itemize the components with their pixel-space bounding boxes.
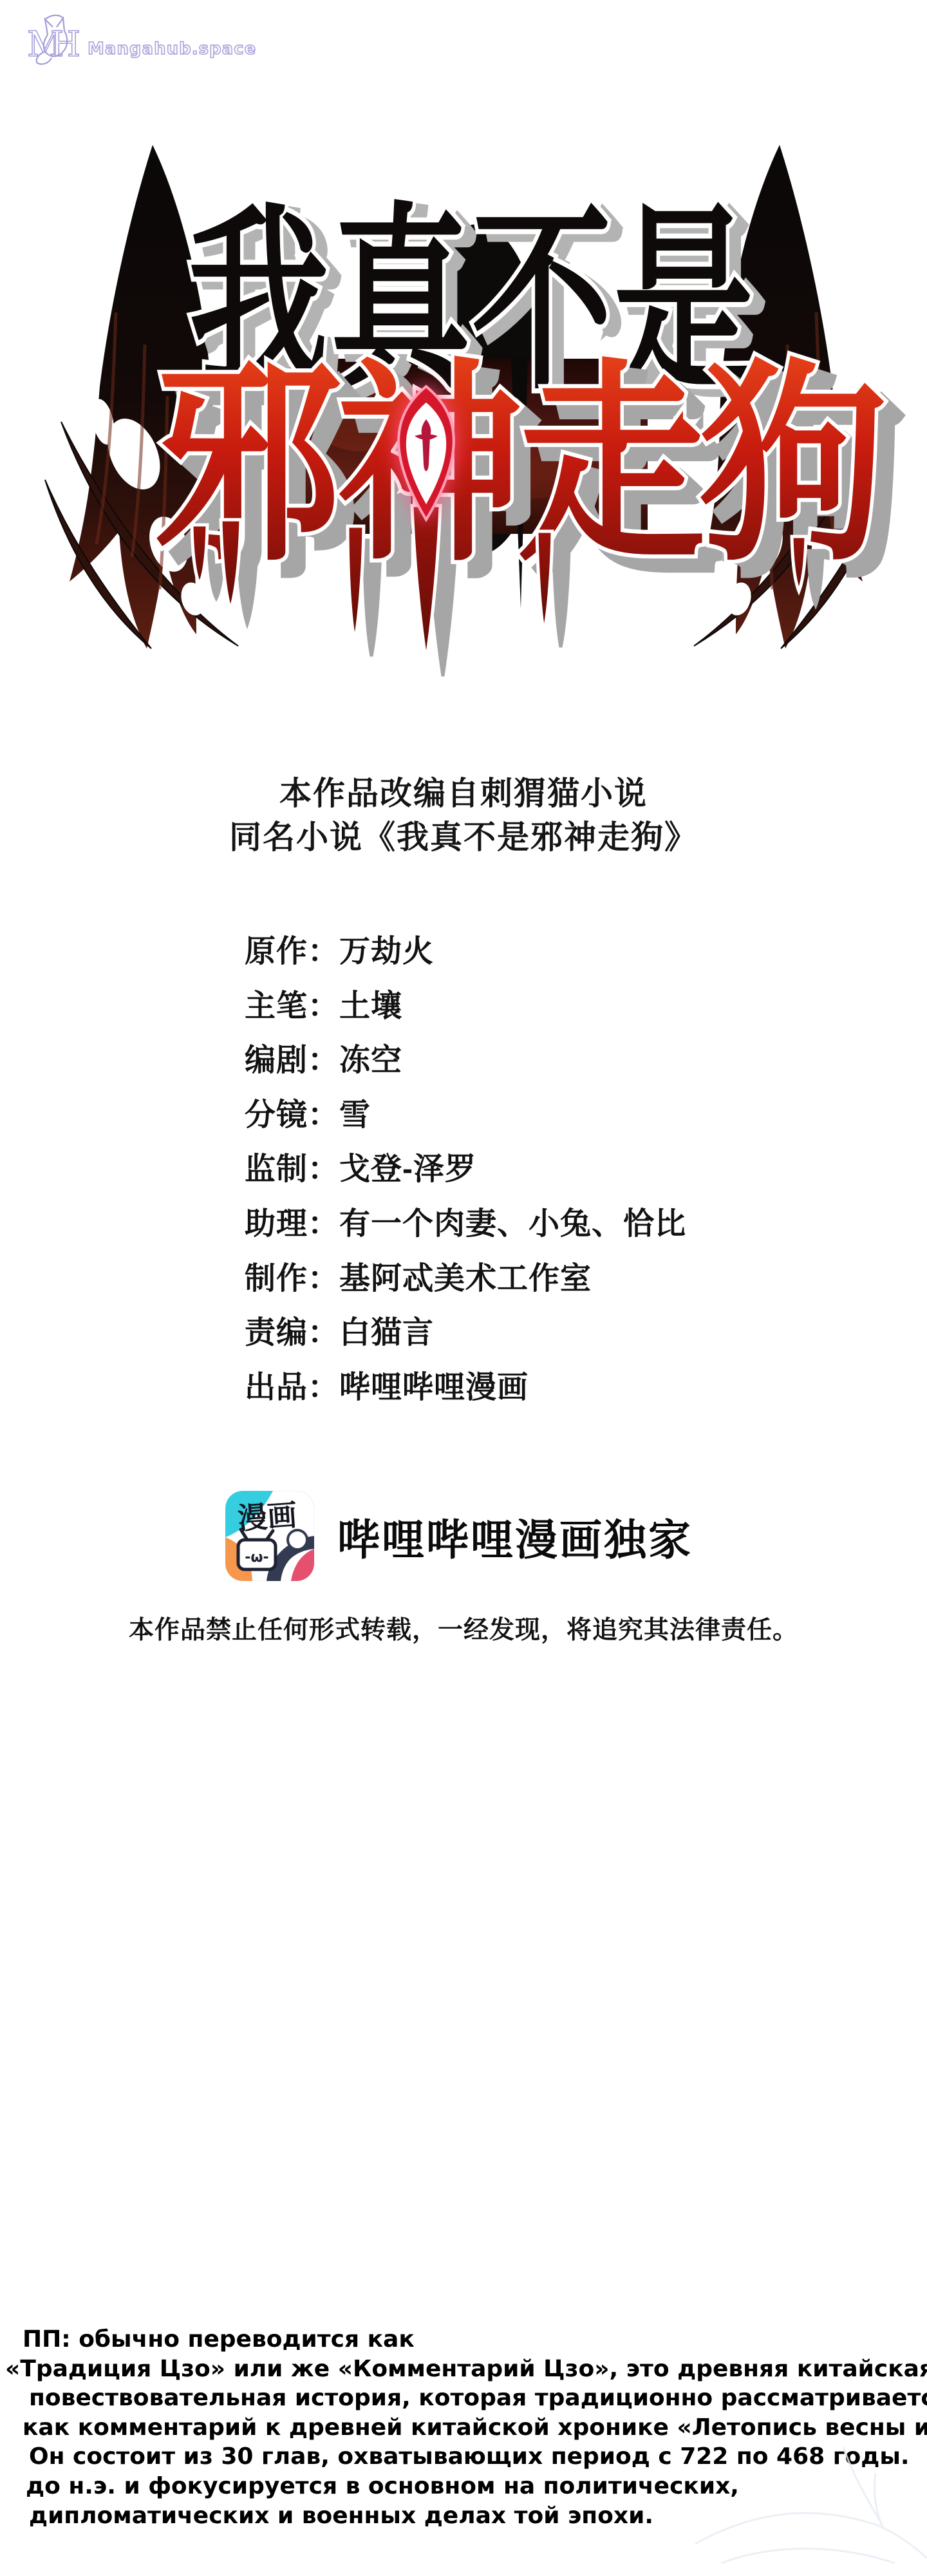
credit-row-lead-artist: 主笔：土壤 [245, 980, 686, 1034]
credit-label: 主笔： [245, 989, 339, 1023]
credit-label: 编剧： [245, 1043, 339, 1077]
credit-value: 有一个肉妻、小兔、恰比 [339, 1207, 686, 1241]
adaptation-note-line-1: 本作品改编自刺猬猫小说 [0, 772, 927, 815]
corner-sketch [682, 2331, 927, 2576]
copyright-notice: 本作品禁止任何形式转载，一经发现，将追究其法律责任。 [0, 1610, 927, 1646]
manga-credits-page: M H Mangahub.space [0, 0, 927, 2576]
fox-monogram-icon: M H [27, 15, 80, 64]
mangahub-watermark: M H Mangahub.space [19, 9, 290, 67]
credit-value: 白猫言 [339, 1316, 434, 1350]
credit-value: 万劫火 [339, 934, 434, 969]
credit-label: 助理： [245, 1207, 339, 1241]
credit-row-publisher: 出品：哔哩哔哩漫画 [245, 1361, 686, 1416]
credit-label: 分镜： [245, 1098, 339, 1132]
title-line-2: 邪神走狗 [155, 346, 886, 585]
credit-value: 哔哩哔哩漫画 [339, 1370, 529, 1405]
credit-label: 原作： [245, 934, 339, 969]
credit-value: 雪 [339, 1098, 371, 1132]
credit-row-supervisor: 监制：戈登-泽罗 [245, 1142, 686, 1197]
credit-value: 戈登-泽罗 [339, 1152, 476, 1186]
title-art: 我真不是 邪神走狗 [0, 119, 927, 686]
credit-label: 责编： [245, 1316, 339, 1350]
credit-row-original-author: 原作：万劫火 [245, 925, 686, 980]
bilibili-manga-app-icon: 漫画 -ω- [225, 1491, 314, 1581]
app-badge-text: 漫画 [236, 1498, 297, 1535]
tv-face-text: -ω- [245, 1549, 268, 1566]
monogram-letter-h: H [50, 24, 80, 64]
credit-row-editor: 责编：白猫言 [245, 1306, 686, 1361]
watermark-text: Mangahub.space [88, 39, 256, 59]
credit-row-production: 制作：基阿忒美术工作室 [245, 1252, 686, 1307]
credit-row-screenwriter: 编剧：冻空 [245, 1034, 686, 1088]
credit-label: 出品： [245, 1370, 339, 1405]
credit-value: 土壤 [339, 989, 402, 1023]
adaptation-note: 本作品改编自刺猬猫小说 同名小说《我真不是邪神走狗》 [0, 772, 927, 859]
credit-value: 基阿忒美术工作室 [339, 1262, 592, 1296]
credits-list: 原作：万劫火 主笔：土壤 编剧：冻空 分镜：雪 监制：戈登-泽罗 助理：有一个肉… [245, 925, 686, 1415]
credit-value: 冻空 [339, 1043, 402, 1077]
credit-label: 监制： [245, 1152, 339, 1186]
credit-row-assistants: 助理：有一个肉妻、小兔、恰比 [245, 1197, 686, 1252]
publisher-row: 漫画 -ω- 哔哩哔哩漫画独家 [225, 1491, 693, 1581]
adaptation-note-line-2: 同名小说《我真不是邪神走狗》 [0, 815, 927, 859]
credit-row-storyboard: 分镜：雪 [245, 1088, 686, 1143]
credit-label: 制作： [245, 1262, 339, 1296]
exclusive-claim: 哔哩哔哩漫画独家 [337, 1506, 693, 1567]
